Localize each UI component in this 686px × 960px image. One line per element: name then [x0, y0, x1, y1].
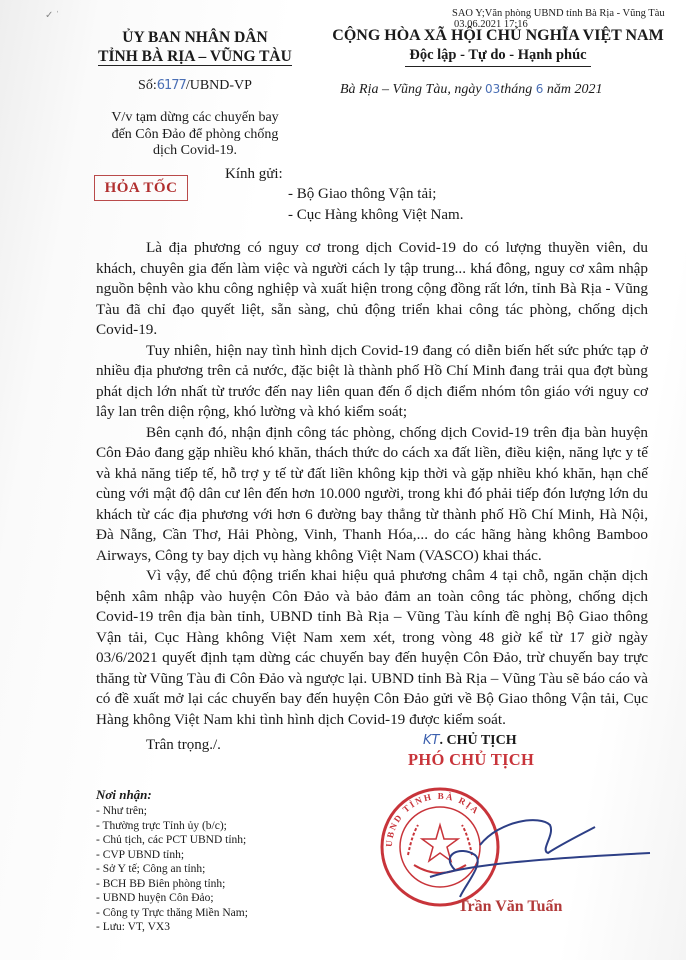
date-month-label: tháng: [500, 82, 535, 97]
signer-title: PHÓ CHỦ TỊCH: [408, 750, 534, 770]
distribution-list: - Như trên; - Thường trực Tỉnh ủy (b/c);…: [96, 804, 248, 935]
subject-line1: V/v tạm dừng các chuyến bay: [95, 110, 295, 127]
distribution-item: - Thường trực Tỉnh ủy (b/c);: [96, 819, 248, 834]
letter-body: Là địa phương có nguy cơ trong dịch Covi…: [96, 238, 648, 730]
date-place: Bà Rịa – Vũng Tàu, ngày: [340, 82, 485, 97]
doc-number-handwritten: 6177: [157, 78, 186, 93]
date-line: Bà Rịa – Vũng Tàu, ngày 03tháng 6 năm 20…: [340, 82, 602, 98]
doc-number-prefix: Số:: [138, 78, 157, 93]
body-paragraph: Bên cạnh đó, nhận định công tác phòng, c…: [96, 423, 648, 567]
national-title: CỘNG HÒA XÃ HỘI CHỦ NGHĨA VIỆT NAM: [318, 26, 678, 46]
national-header: CỘNG HÒA XÃ HỘI CHỦ NGHĨA VIỆT NAM Độc l…: [318, 26, 678, 67]
distribution-item: - Như trên;: [96, 804, 248, 819]
signer-on-behalf: KT. CHỦ TỊCH: [423, 733, 517, 749]
issuer-line2: TỈNH BÀ RỊA – VŨNG TÀU: [98, 48, 292, 66]
recipient-item: - Bộ Giao thông Vận tải;: [288, 186, 436, 203]
distribution-item: - Công ty Trực thăng Miền Nam;: [96, 906, 248, 921]
closing: Trân trọng./.: [146, 737, 221, 754]
kt-handwritten: KT: [423, 733, 439, 748]
on-behalf-title: . CHỦ TỊCH: [439, 733, 516, 748]
issuer-header: ỦY BAN NHÂN DÂN TỈNH BÀ RỊA – VŨNG TÀU: [95, 28, 295, 66]
document-number: Số:6177/UBND-VP: [95, 78, 295, 94]
date-year: năm 2021: [543, 82, 602, 97]
greeting: Kính gửi:: [225, 166, 283, 183]
doc-number-suffix: /UBND-VP: [186, 78, 252, 93]
national-motto: Độc lập - Tự do - Hạnh phúc: [405, 46, 590, 67]
body-paragraph: Tuy nhiên, hiện nay tình hình dịch Covid…: [96, 341, 648, 423]
subject: V/v tạm dừng các chuyến bay đến Côn Đảo …: [95, 110, 295, 160]
distribution-item: - CVP UBND tỉnh;: [96, 848, 248, 863]
urgent-stamp: HỎA TỐC: [94, 175, 188, 201]
scan-marks: ✓ ˈ: [45, 10, 59, 21]
date-day: 03: [485, 82, 500, 96]
recipient-item: - Cục Hàng không Việt Nam.: [288, 207, 463, 224]
distribution-item: - BCH BĐ Biên phòng tỉnh;: [96, 877, 248, 892]
body-paragraph: Là địa phương có nguy cơ trong dịch Covi…: [96, 238, 648, 341]
distribution-item: - Chủ tịch, các PCT UBND tỉnh;: [96, 833, 248, 848]
subject-line2: đến Côn Đảo để phòng chống: [95, 127, 295, 144]
distribution-title: Nơi nhận:: [96, 787, 152, 803]
distribution-item: - Sở Y tế; Công an tỉnh;: [96, 862, 248, 877]
distribution-item: - UBND huyện Côn Đảo;: [96, 891, 248, 906]
issuer-line1: ỦY BAN NHÂN DÂN: [95, 28, 295, 47]
body-paragraph: Vì vậy, để chủ động triển khai hiệu quả …: [96, 566, 648, 730]
signature-icon: [420, 815, 660, 905]
distribution-item: - Lưu: VT, VX3: [96, 920, 248, 935]
signer-name: Trần Văn Tuấn: [458, 898, 562, 916]
subject-line3: dịch Covid-19.: [95, 143, 295, 160]
copy-stamp-line1: SAO Y;Văn phòng UBND tỉnh Bà Rịa - Vũng …: [452, 8, 665, 19]
